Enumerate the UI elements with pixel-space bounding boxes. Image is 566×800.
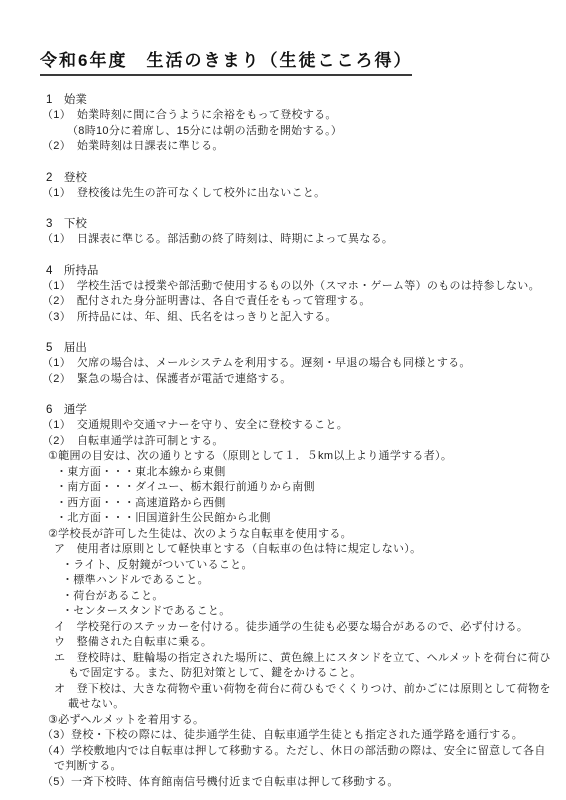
rule-line: （1） 始業時刻に間に合うように余裕をもって登校する。 [40, 108, 554, 124]
rule-line: （8時10分に着席し、15分には朝の活動を開始する。） [40, 124, 554, 140]
rule-line: （2） 自転車通学は許可制とする。 [40, 434, 554, 450]
rule-line: ・南方面・・・ダイユー、栃木銀行前通りから南側 [40, 480, 554, 496]
title-row: 令和6年度 生活のきまり（生徒こころ得） [40, 46, 554, 76]
rule-line: もで固定する。また、防犯対策として、鍵をかけること。 [40, 666, 554, 682]
rule-line: （1） 交通規則や交通マナーを守り、安全に登校すること。 [40, 418, 554, 434]
section-4: 4 所持品（1） 学校生活では授業や部活動で使用するもの以外（スマホ・ゲーム等）… [40, 263, 554, 326]
rule-line: ・北方面・・・旧国道針生公民館から北側 [40, 511, 554, 527]
rule-line: （1） 学校生活では授業や部活動で使用するもの以外（スマホ・ゲーム等）のものは持… [40, 279, 554, 295]
section-6: 6 通学（1） 交通規則や交通マナーを守り、安全に登校すること。（2） 自転車通… [40, 402, 554, 790]
section-heading: 3 下校 [40, 216, 554, 232]
rule-line: ・荷台があること。 [40, 589, 554, 605]
rule-line: オ 登下校は、大きな荷物や重い荷物を荷台に荷ひもでくくりつけ、前かごには原則とし… [40, 682, 554, 698]
section-heading: 6 通学 [40, 402, 554, 418]
rule-line: （3） 所持品には、年、組、氏名をはっきりと記入する。 [40, 310, 554, 326]
rule-line: ウ 整備された自転車に乗る。 [40, 635, 554, 651]
rule-line: （1） 日課表に準じる。部活動の終了時刻は、時期によって異なる。 [40, 232, 554, 248]
rule-line: （3）登校・下校の際には、徒歩通学生徒、自転車通学生徒とも指定された通学路を通行… [40, 728, 554, 744]
rule-line: ②学校長が許可した生徒は、次のような自転車を使用する。 [40, 527, 554, 543]
rule-line: 載せない。 [40, 697, 554, 713]
section-3: 3 下校（1） 日課表に準じる。部活動の終了時刻は、時期によって異なる。 [40, 216, 554, 248]
rule-line: （1） 登校後は先生の許可なくして校外に出ないこと。 [40, 186, 554, 202]
rule-line: （1） 欠席の場合は、メールシステムを利用する。遅刻・早退の場合も同様とする。 [40, 356, 554, 372]
rule-line: （2） 配付された身分証明書は、各自で責任をもって管理する。 [40, 294, 554, 310]
rule-line: ・センタースタンドであること。 [40, 604, 554, 620]
rule-line: ア 使用者は原則として軽快車とする（自転車の色は特に規定しない）。 [40, 542, 554, 558]
section-1: 1 始業（1） 始業時刻に間に合うように余裕をもって登校する。（8時10分に着席… [40, 92, 554, 155]
document-body: 1 始業（1） 始業時刻に間に合うように余裕をもって登校する。（8時10分に着席… [40, 92, 554, 790]
rule-line: ・西方面・・・高速道路から西側 [40, 496, 554, 512]
rule-line: ・ライト、反射鏡がついていること。 [40, 558, 554, 574]
document-page: 令和6年度 生活のきまり（生徒こころ得） 1 始業（1） 始業時刻に間に合うよう… [0, 0, 566, 800]
rule-line: エ 登校時は、駐輪場の指定された場所に、黄色線上にスタンドを立て、ヘルメットを荷… [40, 651, 554, 667]
section-heading: 4 所持品 [40, 263, 554, 279]
rule-line: で判断する。 [40, 759, 554, 775]
page-title: 令和6年度 生活のきまり（生徒こころ得） [40, 46, 412, 76]
rule-line: （5）一斉下校時、体育館南信号機付近まで自転車は押して移動する。 [40, 775, 554, 791]
rule-line: （4）学校敷地内では自転車は押して移動する。ただし、休日の部活動の際は、安全に留… [40, 744, 554, 760]
section-2: 2 登校（1） 登校後は先生の許可なくして校外に出ないこと。 [40, 170, 554, 202]
rule-line: （2） 緊急の場合は、保護者が電話で連絡する。 [40, 372, 554, 388]
rule-line: ・標準ハンドルであること。 [40, 573, 554, 589]
section-heading: 1 始業 [40, 92, 554, 108]
rule-line: （2） 始業時刻は日課表に準じる。 [40, 139, 554, 155]
section-heading: 5 届出 [40, 340, 554, 356]
rule-line: ①範囲の目安は、次の通りとする（原則として１．５km以上より通学する者）。 [40, 449, 554, 465]
rule-line: ・東方面・・・東北本線から東側 [40, 465, 554, 481]
rule-line: ③必ずヘルメットを着用する。 [40, 713, 554, 729]
rule-line: イ 学校発行のステッカーを付ける。徒歩通学の生徒も必要な場合があるので、必ず付け… [40, 620, 554, 636]
section-5: 5 届出（1） 欠席の場合は、メールシステムを利用する。遅刻・早退の場合も同様と… [40, 340, 554, 387]
section-heading: 2 登校 [40, 170, 554, 186]
